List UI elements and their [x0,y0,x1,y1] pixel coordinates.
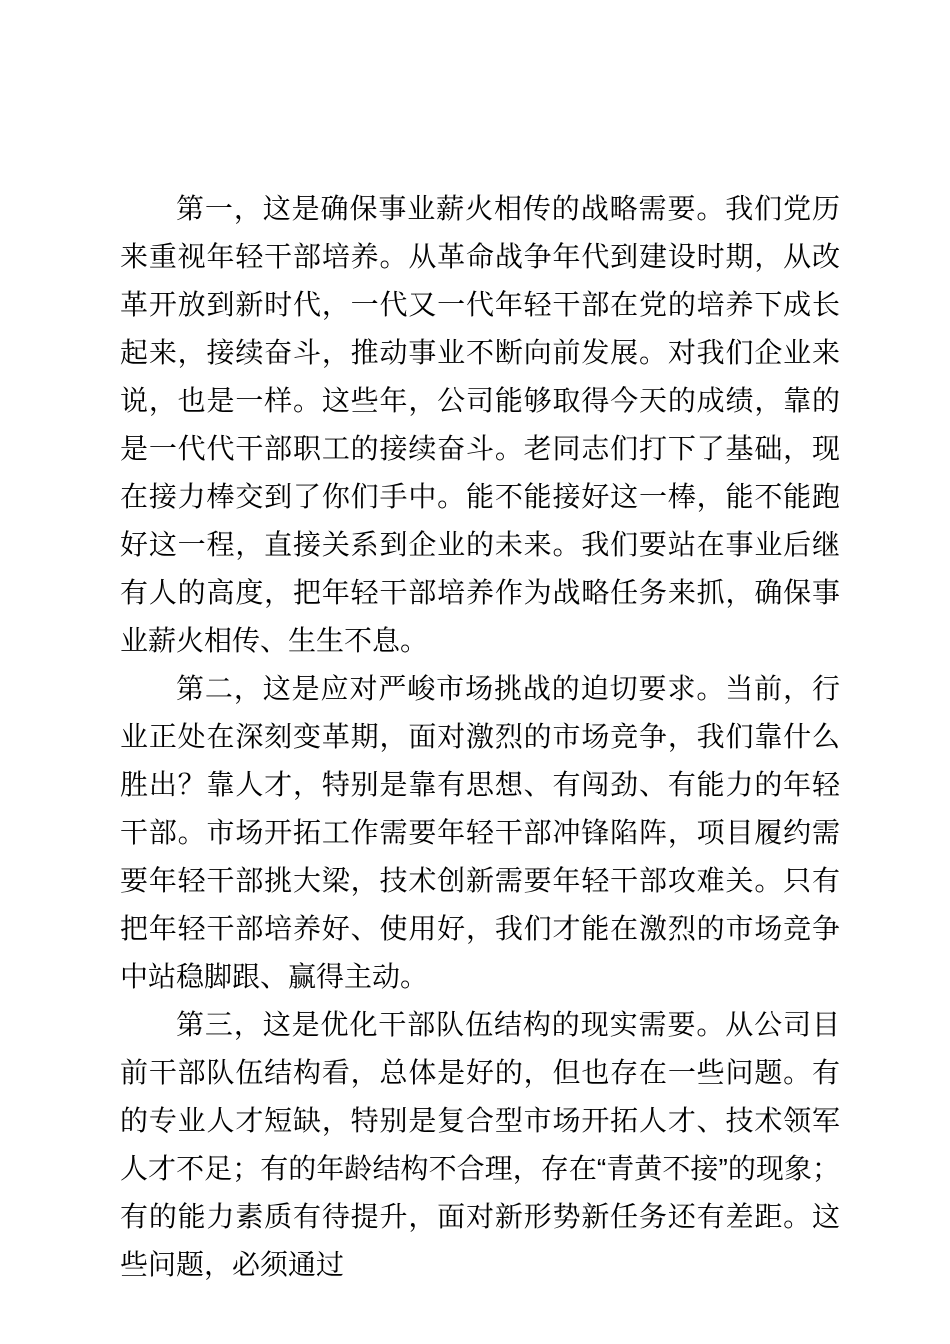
paragraph-second-point: 第二，这是应对严峻市场挑战的迫切要求。当前，行业正处在深刻变革期，面对激烈的市场… [120,665,840,1001]
document-body: 第一，这是确保事业薪火相传的战略需要。我们党历来重视年轻干部培养。从革命战争年代… [120,185,840,1289]
paragraph-first-point: 第一，这是确保事业薪火相传的战略需要。我们党历来重视年轻干部培养。从革命战争年代… [120,185,840,665]
paragraph-third-point: 第三，这是优化干部队伍结构的现实需要。从公司目前干部队伍结构看，总体是好的，但也… [120,1001,840,1289]
document-page: 第一，这是确保事业薪火相传的战略需要。我们党历来重视年轻干部培养。从革命战争年代… [0,0,950,1344]
